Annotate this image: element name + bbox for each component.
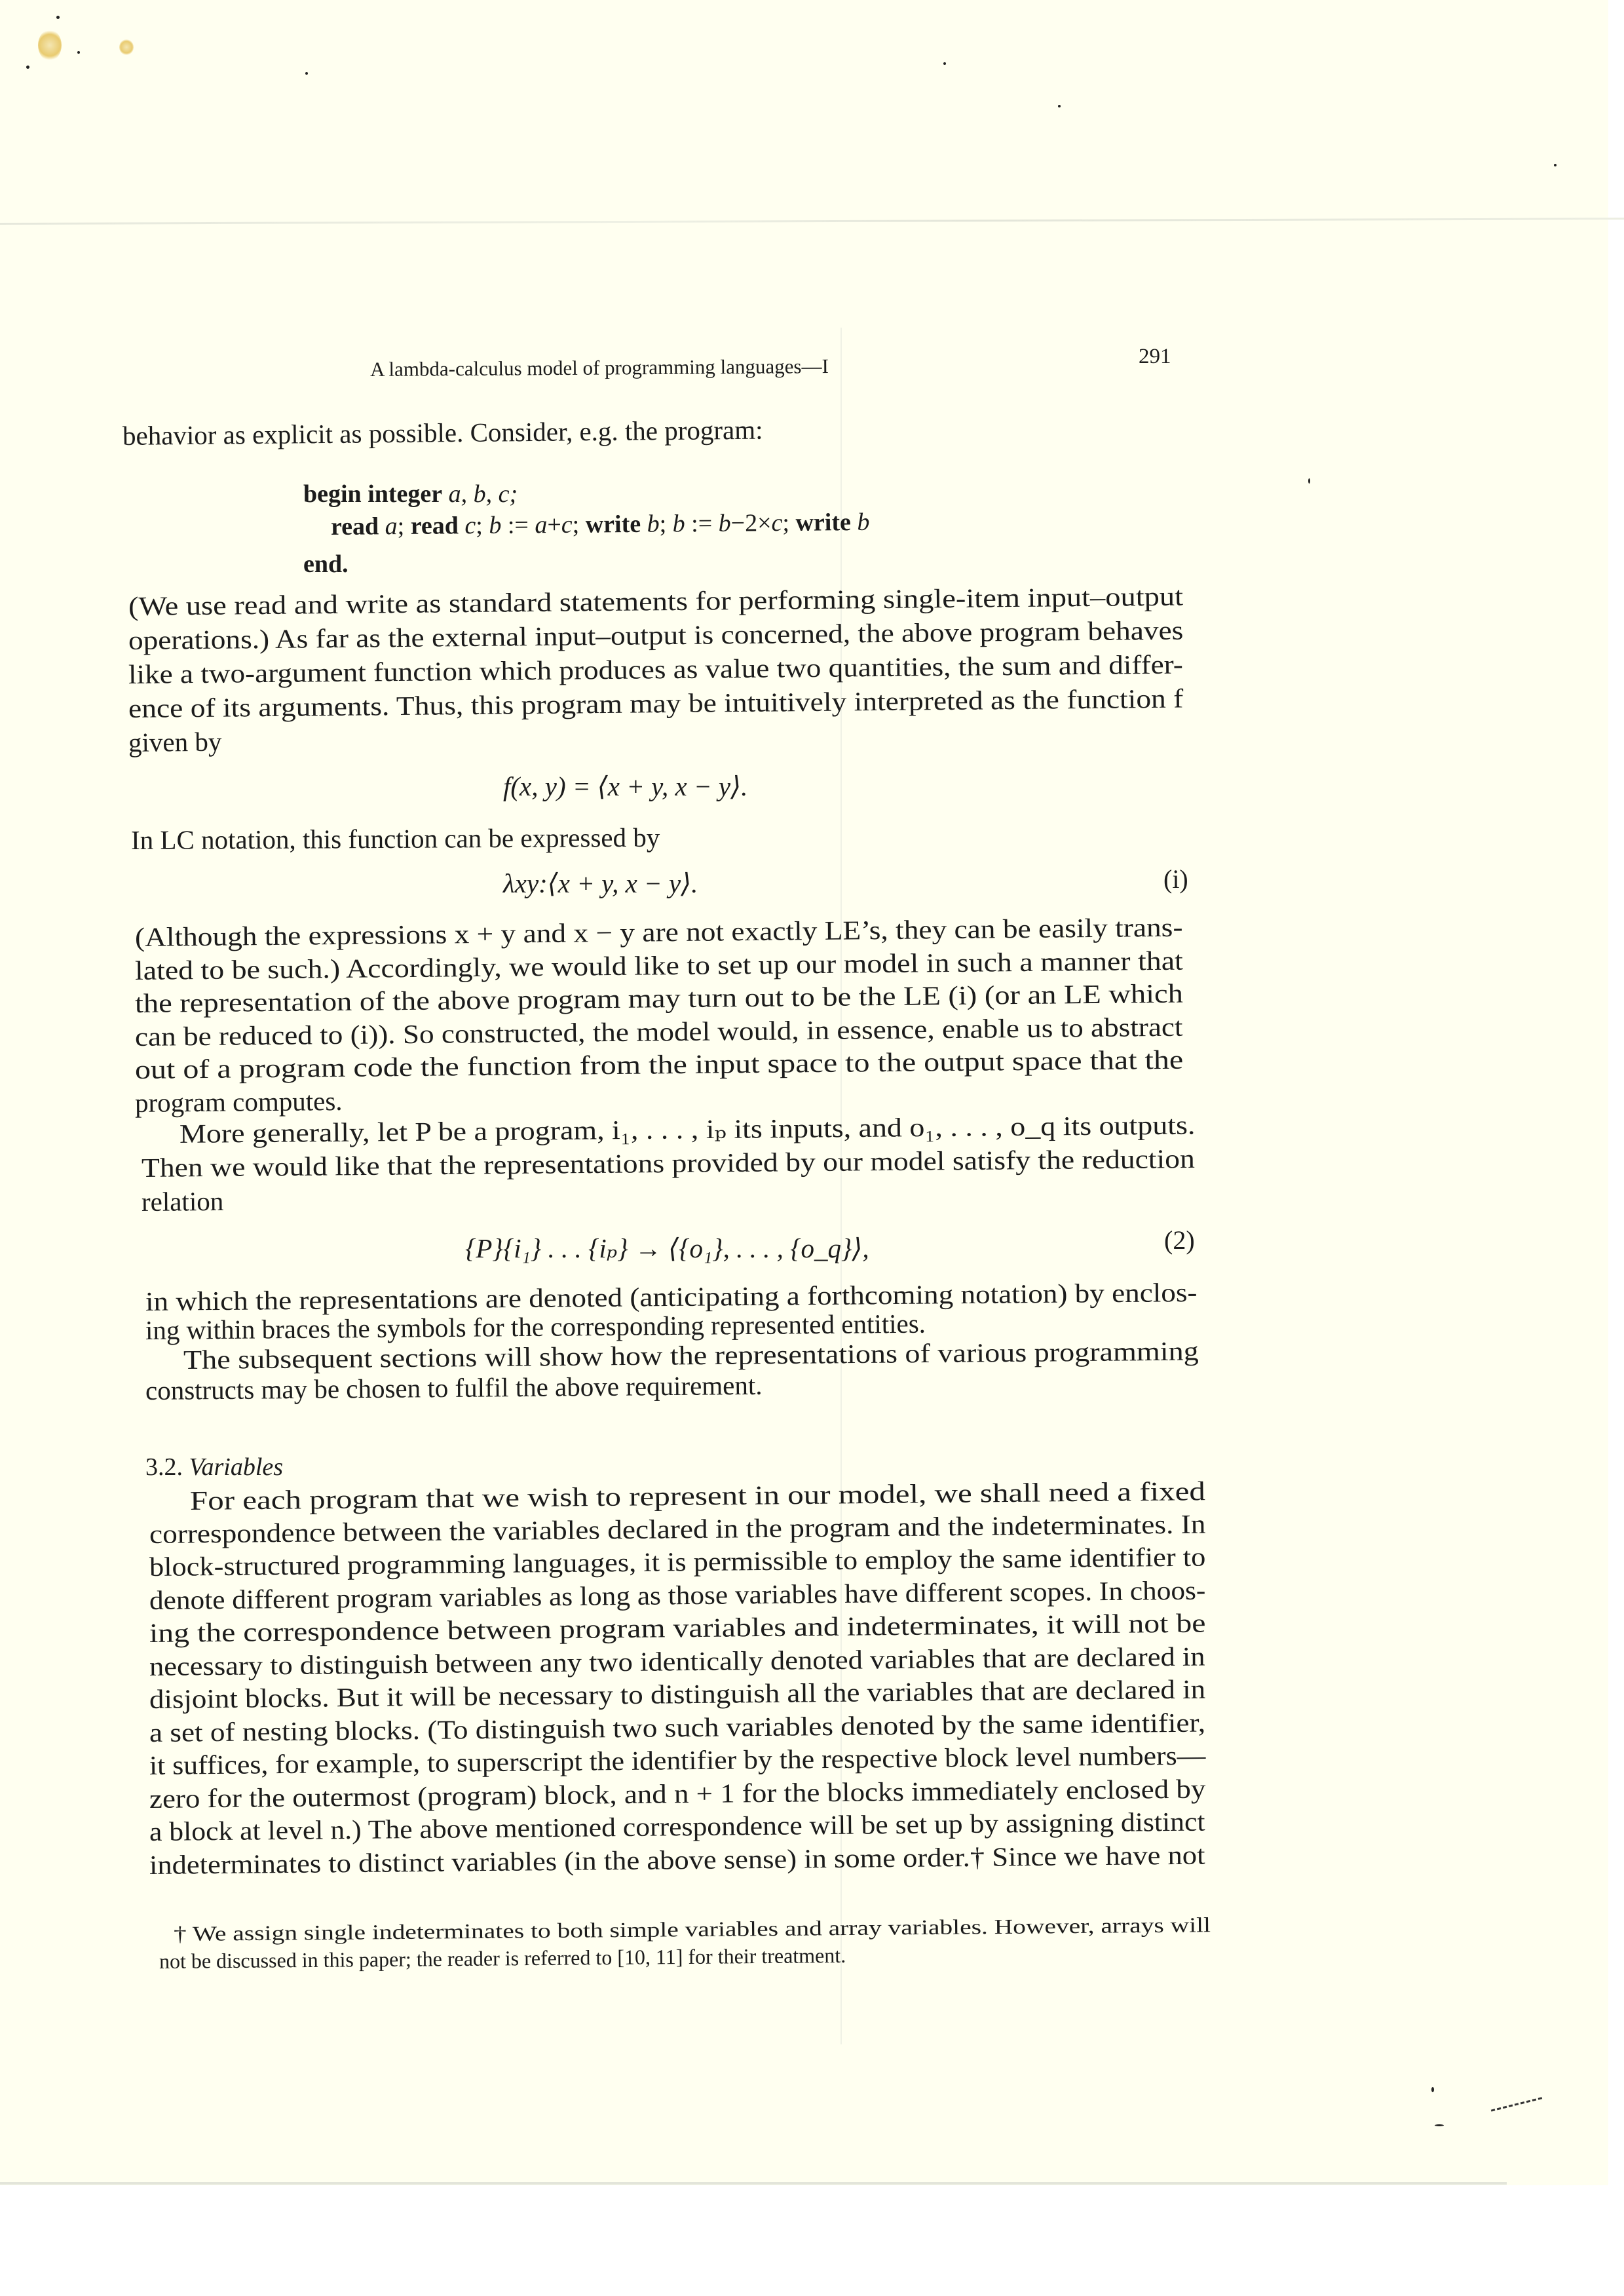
footnote-line: † We assign single indeterminates to bot…: [174, 1914, 1211, 1944]
code-token: [379, 512, 385, 540]
code-token: c: [561, 511, 573, 539]
pen-mark: [1491, 2097, 1542, 2111]
scanned-page: A lambda-calculus model of programming l…: [0, 0, 1608, 2185]
code-token: b: [489, 512, 501, 539]
code-vars: a, b, c;: [449, 480, 518, 508]
body-line: In LC notation, this function can be exp…: [131, 824, 660, 854]
section-heading: 3.2. Variables: [145, 1455, 283, 1480]
body-line: necessary to distinguish between any two…: [149, 1643, 1205, 1679]
body-line: For each program that we wish to represe…: [190, 1478, 1205, 1514]
body-line: relation: [142, 1188, 224, 1215]
body-line: it suffices, for example, to superscript…: [149, 1742, 1206, 1779]
speck: [26, 66, 29, 69]
code-token: b: [857, 508, 869, 536]
code-line-2: read a; read c; b := a+c; write b; b := …: [331, 510, 870, 539]
body-line: a block at level n.) The above mentioned…: [149, 1808, 1205, 1845]
section-number: 3.2.: [145, 1453, 183, 1481]
code-token: a: [535, 511, 547, 539]
code-token: ;: [782, 509, 795, 537]
body-line: The subsequent sections will show how th…: [183, 1337, 1199, 1373]
keyword: write: [586, 510, 641, 539]
body-line: denote different program variables as lo…: [149, 1577, 1206, 1613]
equation-label-2: (2): [1164, 1227, 1195, 1253]
body-line: ence of its arguments. Thus, this progra…: [128, 685, 1184, 722]
pen-mark: [1435, 2124, 1444, 2126]
keyword: read: [331, 512, 379, 541]
code-token: b: [673, 510, 685, 537]
code-token: ;: [659, 510, 672, 537]
page-number: 291: [1139, 346, 1171, 368]
speck: [1058, 105, 1061, 107]
keyword: begin integer: [303, 480, 442, 508]
code-token: :=: [501, 511, 535, 539]
body-line: block-structured programming languages, …: [149, 1544, 1206, 1580]
body-line: given by: [128, 729, 222, 756]
code-token: [641, 510, 647, 538]
body-line: out of a program code the function from …: [135, 1046, 1184, 1083]
code-token: b: [718, 510, 730, 537]
equation-1: λxy:⟨x + y, x − y⟩.: [503, 870, 698, 897]
code-token: +: [547, 511, 561, 539]
body-line: Then we would like that the representati…: [142, 1145, 1195, 1181]
keyword: read: [411, 512, 459, 540]
body-line: lated to be such.) Accordingly, we would…: [135, 947, 1183, 984]
code-line-1: begin integer a, b, c;: [303, 482, 518, 507]
keyword: write: [795, 508, 851, 537]
body-line: program computes.: [135, 1087, 343, 1116]
code-line-3: end.: [303, 552, 349, 577]
speck: [305, 72, 308, 75]
code-token: c: [771, 509, 782, 537]
pen-mark: [1431, 2087, 1434, 2092]
page-bottom-edge: [0, 2182, 1507, 2185]
speck: [1308, 478, 1310, 484]
code-token: b: [647, 510, 659, 538]
body-line: in which the representations are denoted…: [145, 1279, 1198, 1315]
code-token: ;: [398, 512, 411, 540]
body-line: like a two-argument function which produ…: [128, 651, 1183, 688]
speck: [56, 16, 60, 19]
section-title: Variables: [189, 1453, 284, 1481]
equation-2: {P}{i₁} . . . {iₚ} → ⟨{o₁}, . . . , {o_q…: [465, 1235, 869, 1262]
code-token: a: [385, 512, 398, 540]
code-token: :=: [685, 510, 718, 537]
code-token: −2×: [730, 509, 771, 537]
stain-mark: [38, 29, 62, 61]
body-line: operations.) As far as the external inpu…: [128, 617, 1184, 654]
body-line: (Although the expressions x + y and x − …: [135, 914, 1183, 951]
speck: [77, 51, 80, 54]
body-line: constructs may be chosen to fulfil the a…: [145, 1372, 763, 1404]
body-line: can be reduced to (i)). So constructed, …: [135, 1013, 1183, 1050]
stain-mark: [119, 39, 134, 55]
equation-label-1: (i): [1163, 866, 1188, 892]
body-line: indeterminates to distinct variables (in…: [149, 1841, 1205, 1878]
speck: [1554, 164, 1557, 166]
code-token: ;: [476, 512, 489, 539]
code-token: c: [464, 512, 476, 539]
body-line: ing the correspondence between program v…: [149, 1610, 1206, 1647]
body-line: zero for the outermost (program) block, …: [149, 1775, 1206, 1812]
body-line: the representation of the above program …: [135, 980, 1183, 1017]
body-line: More generally, let P be a program, i₁, …: [179, 1111, 1196, 1147]
running-header-title: A lambda-calculus model of programming l…: [370, 356, 829, 379]
speck: [943, 62, 946, 65]
body-line: correspondence between the variables dec…: [149, 1510, 1206, 1547]
body-line: disjoint blocks. But it will be necessar…: [149, 1676, 1205, 1713]
equation-f: f(x, y) = ⟨x + y, x − y⟩.: [503, 773, 747, 800]
body-line: (We use read and write as standard state…: [128, 583, 1183, 620]
code-token: ;: [572, 511, 585, 539]
body-line: a set of nesting blocks. (To distinguish…: [149, 1709, 1205, 1746]
fold-line: [0, 218, 1624, 225]
body-line: behavior as explicit as possible. Consid…: [123, 417, 763, 450]
footnote-line: not be discussed in this paper; the read…: [159, 1945, 846, 1972]
